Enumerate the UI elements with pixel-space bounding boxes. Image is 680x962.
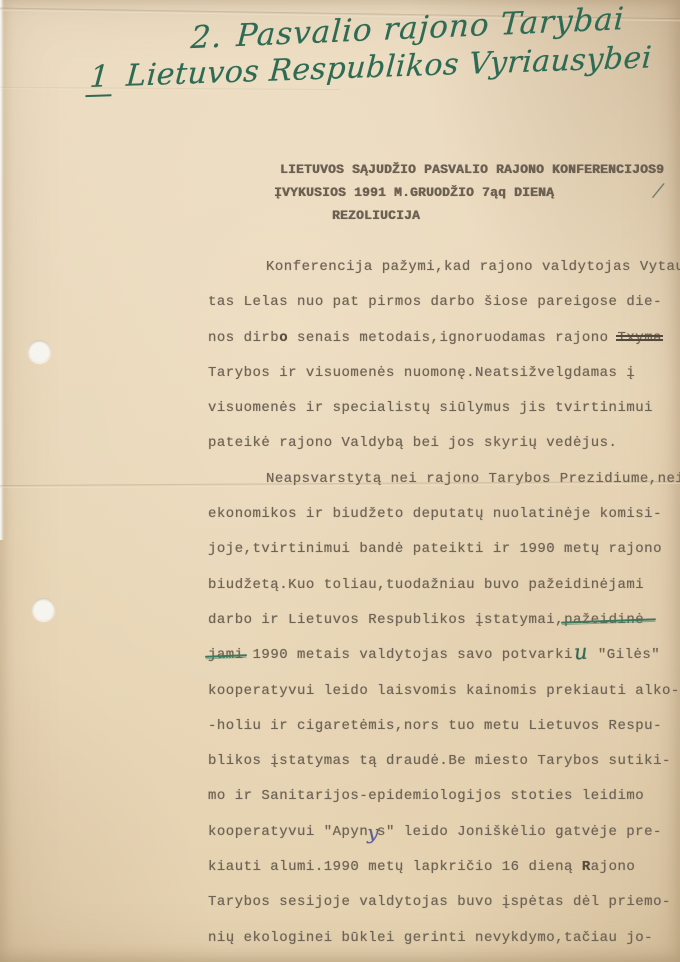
typed-line: nos dirbo senais metodais,ignoruodamas r… [208, 321, 680, 356]
typed-line: Neapsvarstytą nei rajono Tarybos Prezidi… [208, 462, 680, 497]
typed-line: pateikė rajono Valdybą bei jos skyrių ve… [208, 426, 680, 461]
typed-text: Tarybos sesijoje valdytojas buvo įspėtas… [208, 894, 671, 910]
pen-check-mark: / [653, 178, 665, 203]
document-page: 2.Pasvalio rajono Tarybai 1Lietuvos Resp… [0, 0, 680, 962]
annotation-1-number: 2. [190, 19, 224, 57]
typed-line: nių ekologinei būklei gerinti nevykdymo,… [208, 921, 680, 956]
annotation-2-number: 1 [85, 59, 113, 97]
typed-line: visuomenės ir specialistų siūlymus jis t… [208, 391, 680, 426]
document-title-line-2: ĮVYKUSIOS 1991 M.GRUODŽIO 7ąq DIENĄ [274, 185, 554, 200]
pen-struck-text: pažeidinė- [564, 612, 653, 628]
document-title-line-3: REZOLIUCIJA [332, 208, 420, 223]
typed-text: blikos įstatymas tą draudė.Be miesto Tar… [208, 753, 671, 769]
document-title-line-1: LIETUVOS SĄJUDŽIO PASVALIO RAJONO KONFER… [280, 162, 664, 177]
scanner-edge [0, 0, 4, 540]
typed-text: kiauti alumi.1990 metų lapkričio 16 dien… [208, 859, 582, 875]
typed-text: Konferencija pažymi,kad rajono valdytoja… [266, 259, 680, 275]
typed-text: nių ekologinei būklei gerinti nevykdymo,… [208, 930, 653, 946]
typed-line: mo ir Sanitarijos-epidemiologijos stotie… [208, 779, 680, 814]
typed-text: kooperatyvui "Apyn [208, 824, 368, 840]
handwritten-annotation-2: 1Lietuvos Respublikos Vyriausybei [86, 40, 654, 95]
typed-text: mo ir Sanitarijos-epidemiologijos stotie… [208, 788, 644, 804]
typed-line: ekonomikos ir biudžeto deputatų nuolatin… [208, 497, 680, 532]
typed-struck-text: Txyma [617, 330, 662, 346]
typed-text: ekonomikos ir biudžeto deputatų nuolatin… [208, 506, 662, 522]
overtyped-text: R [582, 859, 591, 875]
hole-punch-top [28, 340, 51, 363]
typed-text: kooperatyvui leido laisvomis kainomis pr… [208, 683, 680, 699]
hole-punch-bottom [32, 598, 55, 621]
typed-text: nos dirb [208, 330, 279, 346]
pen-struck-text: jami [208, 647, 244, 663]
typed-text: pateikė rajono Valdybą bei jos skyrių ve… [208, 435, 617, 451]
typed-line: kiauti alumi.1990 metų lapkričio 16 dien… [208, 850, 680, 885]
typed-text: biudžetą.Kuo toliau,tuodažniau buvo paže… [208, 577, 644, 593]
typed-body: Konferencija pažymi,kad rajono valdytoja… [208, 250, 680, 956]
typed-line: jami 1990 metais valdytojas savo potvark… [208, 638, 680, 673]
typed-text: Tarybos ir visuomenės nuomonę.Neatsižvel… [208, 365, 635, 381]
typed-line: blikos įstatymas tą draudė.Be miesto Tar… [208, 744, 680, 779]
typed-line: joje,tvirtinimui bandė pateikti ir 1990 … [208, 532, 680, 567]
typed-text: tas Lelas nuo pat pirmos darbo šiose par… [208, 294, 662, 310]
typed-text: 1990 metais valdytojas savo potvarki [244, 647, 573, 663]
typed-line: Tarybos sesijoje valdytojas buvo įspėtas… [208, 885, 680, 920]
typed-line: Tarybos ir visuomenės nuomonę.Neatsižvel… [208, 356, 680, 391]
typed-text: "Gilės" [589, 647, 660, 663]
typed-text: darbo ir Lietuvos Respublikos įstatymai, [208, 612, 564, 628]
typed-text: -holiu ir cigaretėmis,nors tuo metu Liet… [208, 718, 662, 734]
typed-line: kooperatyvui leido laisvomis kainomis pr… [208, 674, 680, 709]
typed-line: kooperatyvui "Apynys" leido Joniškėlio g… [208, 815, 680, 850]
typed-text: Neapsvarstytą nei rajono Tarybos Prezidi… [266, 471, 680, 487]
typed-text: visuomenės ir specialistų siūlymus jis t… [208, 400, 653, 416]
typed-text: joje,tvirtinimui bandė pateikti ir 1990 … [208, 541, 662, 557]
handwritten-correction-green: u [574, 652, 588, 653]
overtyped-text: o [279, 330, 288, 346]
typed-line: darbo ir Lietuvos Respublikos įstatymai,… [208, 603, 680, 638]
typed-line: Konferencija pažymi,kad rajono valdytoja… [208, 250, 680, 285]
typed-text: senais metodais,ignoruodamas rajono [288, 330, 617, 346]
typed-text: ajono [591, 859, 636, 875]
typed-line: tas Lelas nuo pat pirmos darbo šiose par… [208, 285, 680, 320]
typed-text: s" leido Joniškėlio gatvėje pre- [377, 824, 662, 840]
typed-line: -holiu ir cigaretėmis,nors tuo metu Liet… [208, 709, 680, 744]
typed-line: biudžetą.Kuo toliau,tuodažniau buvo paže… [208, 568, 680, 603]
